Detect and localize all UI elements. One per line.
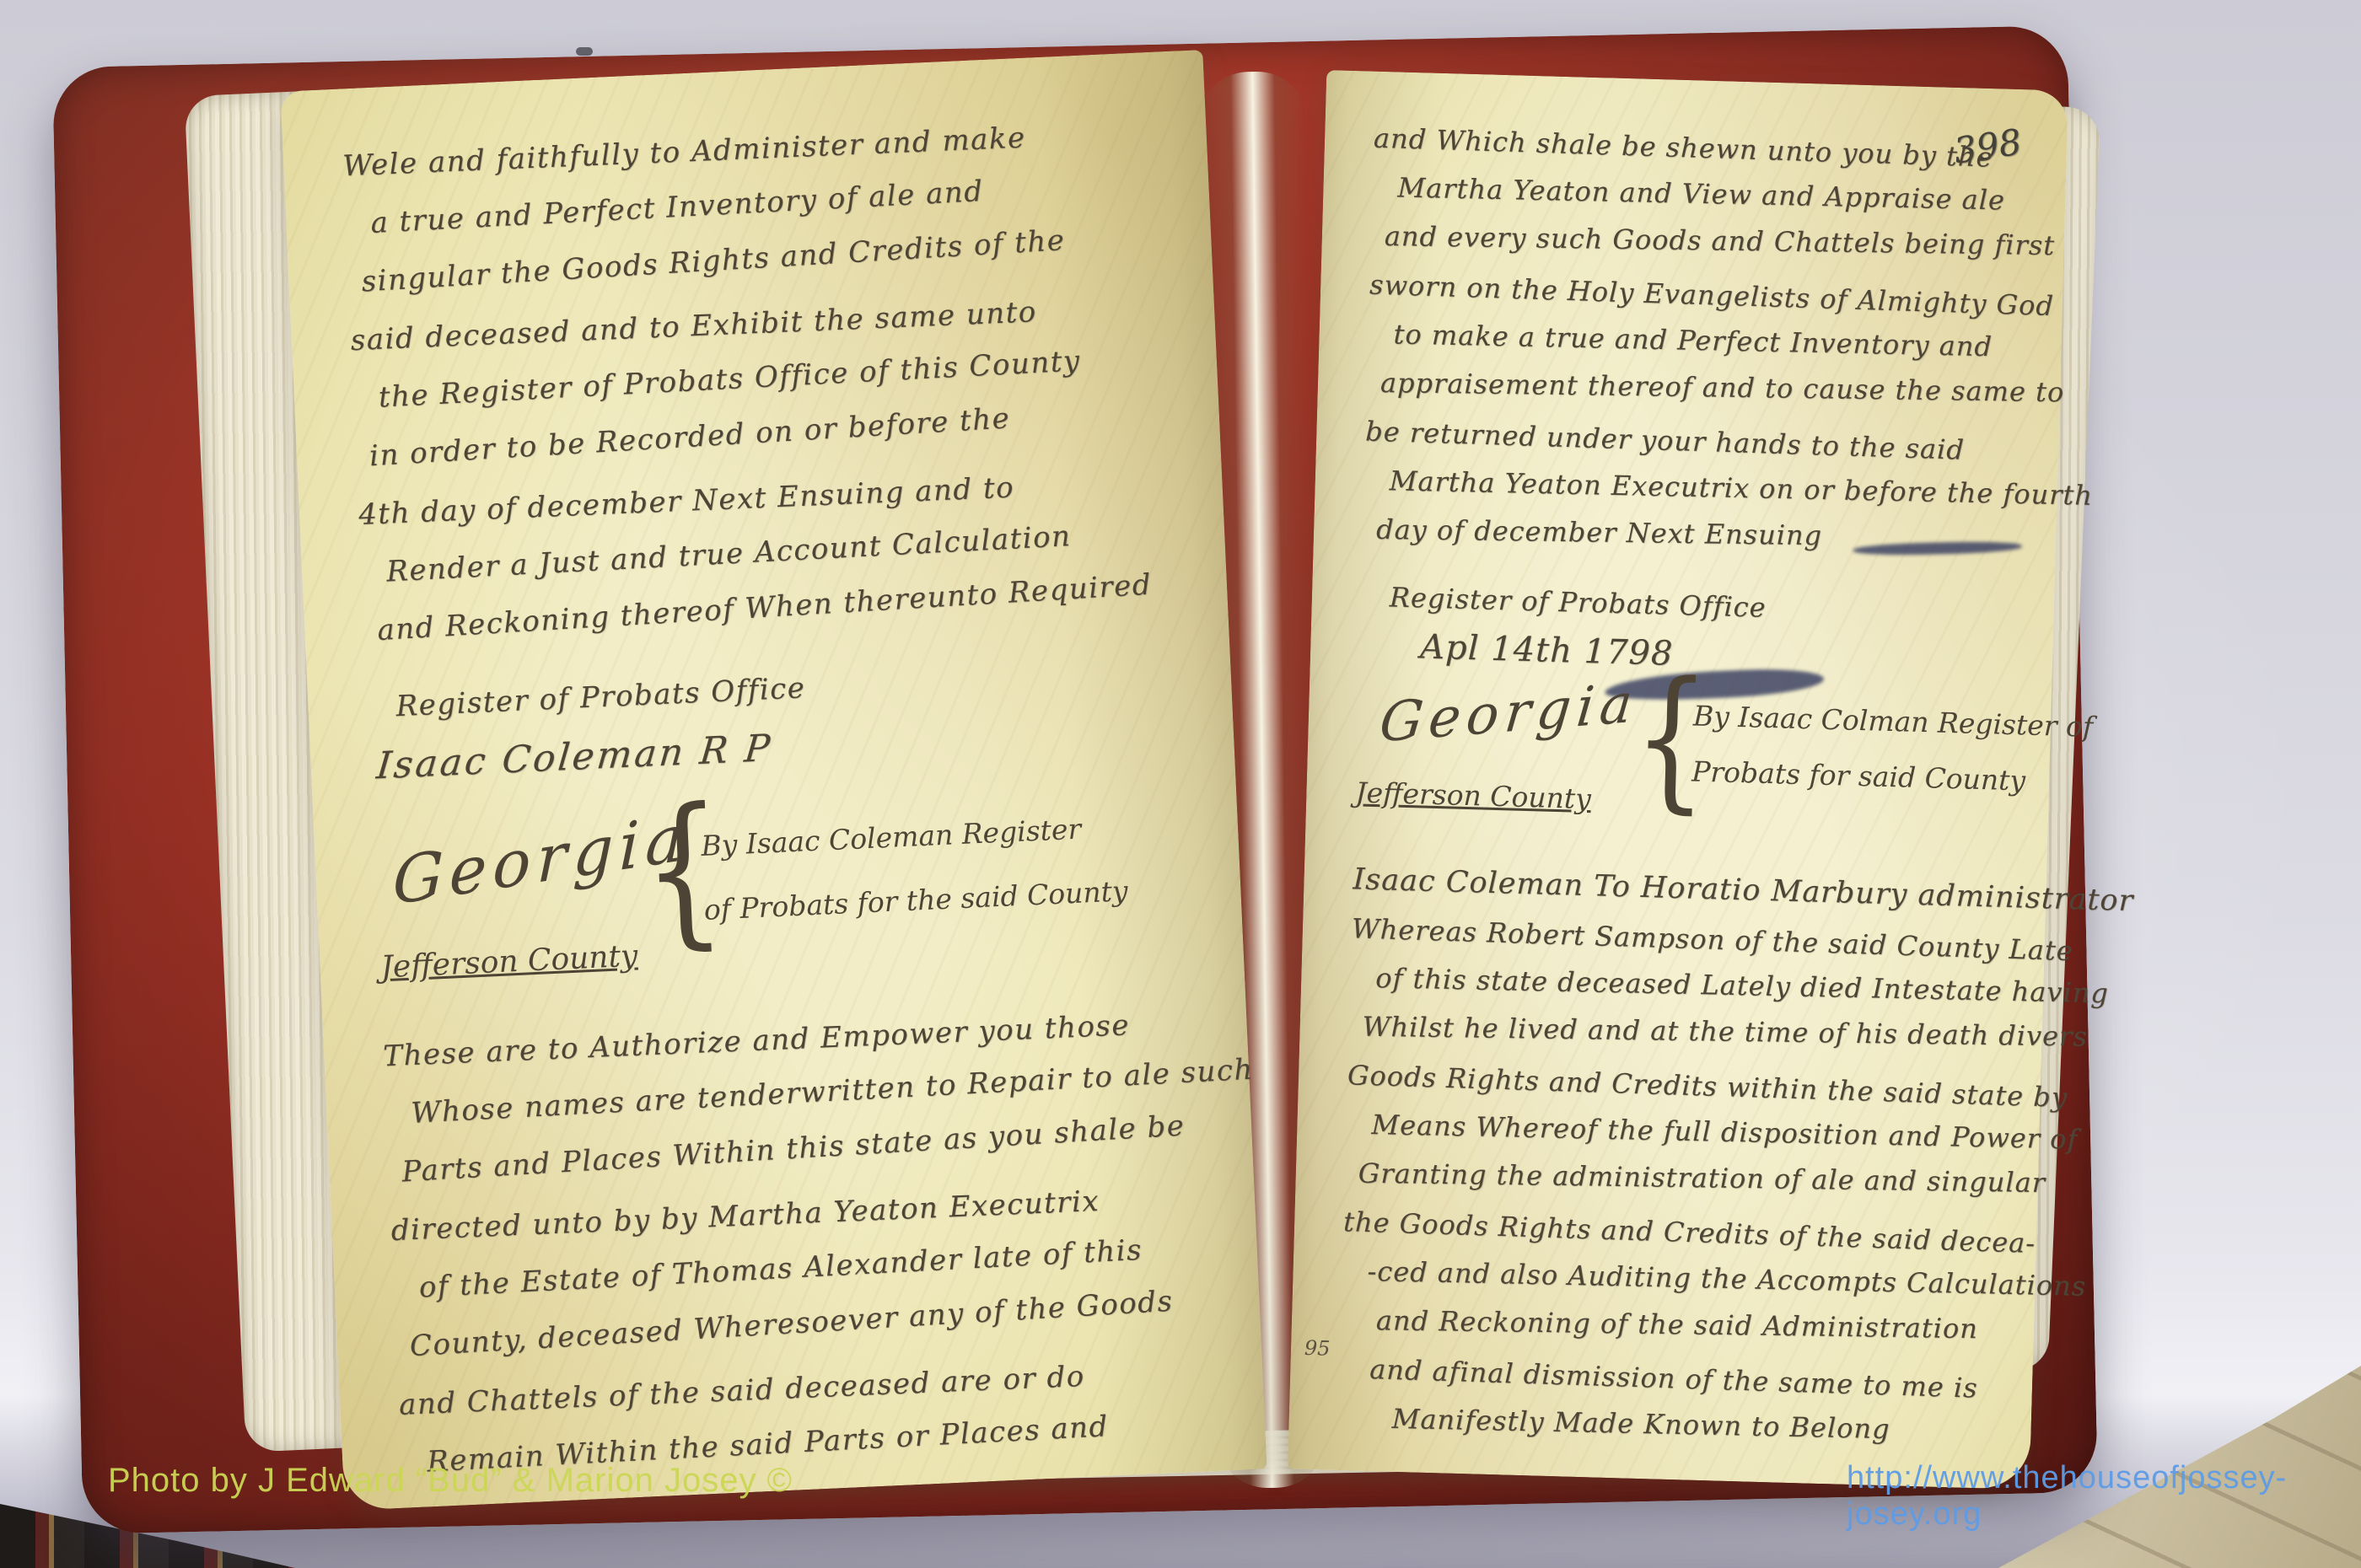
website-watermark: http://www.thehouseofjossey-josey.org [1847,1460,2361,1533]
right-page-text: and Which shale be shewn unto you by the… [1288,70,2068,1490]
manuscript-line: appraisement thereof and to cause the sa… [1380,358,2036,416]
manuscript-line: Whilst he lived and at the time of his d… [1362,1002,2017,1061]
manuscript-line: Granting the administration of ale and s… [1358,1149,2013,1207]
by-line: of Probats for the said County [703,874,1128,926]
left-page-text: Wele and faithfully to Administer and ma… [280,50,1267,1511]
county-name: Jefferson County [1355,776,1592,815]
photographer-watermark: Photo by J Edward “Bud” & Marion Josey © [108,1462,793,1500]
record-book: Wele and faithfully to Administer and ma… [67,46,2083,1513]
brace-mark: { [1631,648,1711,829]
county-name: Jefferson County [380,939,638,985]
right-caption-block: Georgia Jefferson County { By Isaac Colm… [1353,676,2026,873]
right-body-top: and Which shale be shewn unto you by the… [1362,114,2041,572]
by-line: By Isaac Coleman Register [701,813,1082,862]
left-page: Wele and faithfully to Administer and ma… [280,50,1267,1511]
left-body-top: Wele and faithfully to Administer and ma… [342,100,1195,661]
left-caption-block: Georgia Jefferson County { By Isaac Cole… [372,778,1211,1028]
right-page: 398 95 and Which shale be shewn unto you… [1288,70,2068,1490]
by-line: Probats for said County [1691,754,2026,797]
brace-mark: { [639,773,729,967]
manuscript-line: day of december Next Ensuing [1376,505,2031,563]
right-body-bottom: Whereas Robert Sampson of the said Count… [1337,904,2020,1460]
by-line: By Isaac Colman Register of [1693,699,2094,743]
left-body-bottom: These are to Authorize and Empower you t… [382,991,1233,1493]
manuscript-line: and Reckoning of the said Administration [1376,1296,2009,1353]
photograph: Wele and faithfully to Administer and ma… [0,0,2361,1568]
state-name: Georgia [1377,672,1641,754]
manuscript-line: and every such Goods and Chattels being … [1384,212,2039,270]
